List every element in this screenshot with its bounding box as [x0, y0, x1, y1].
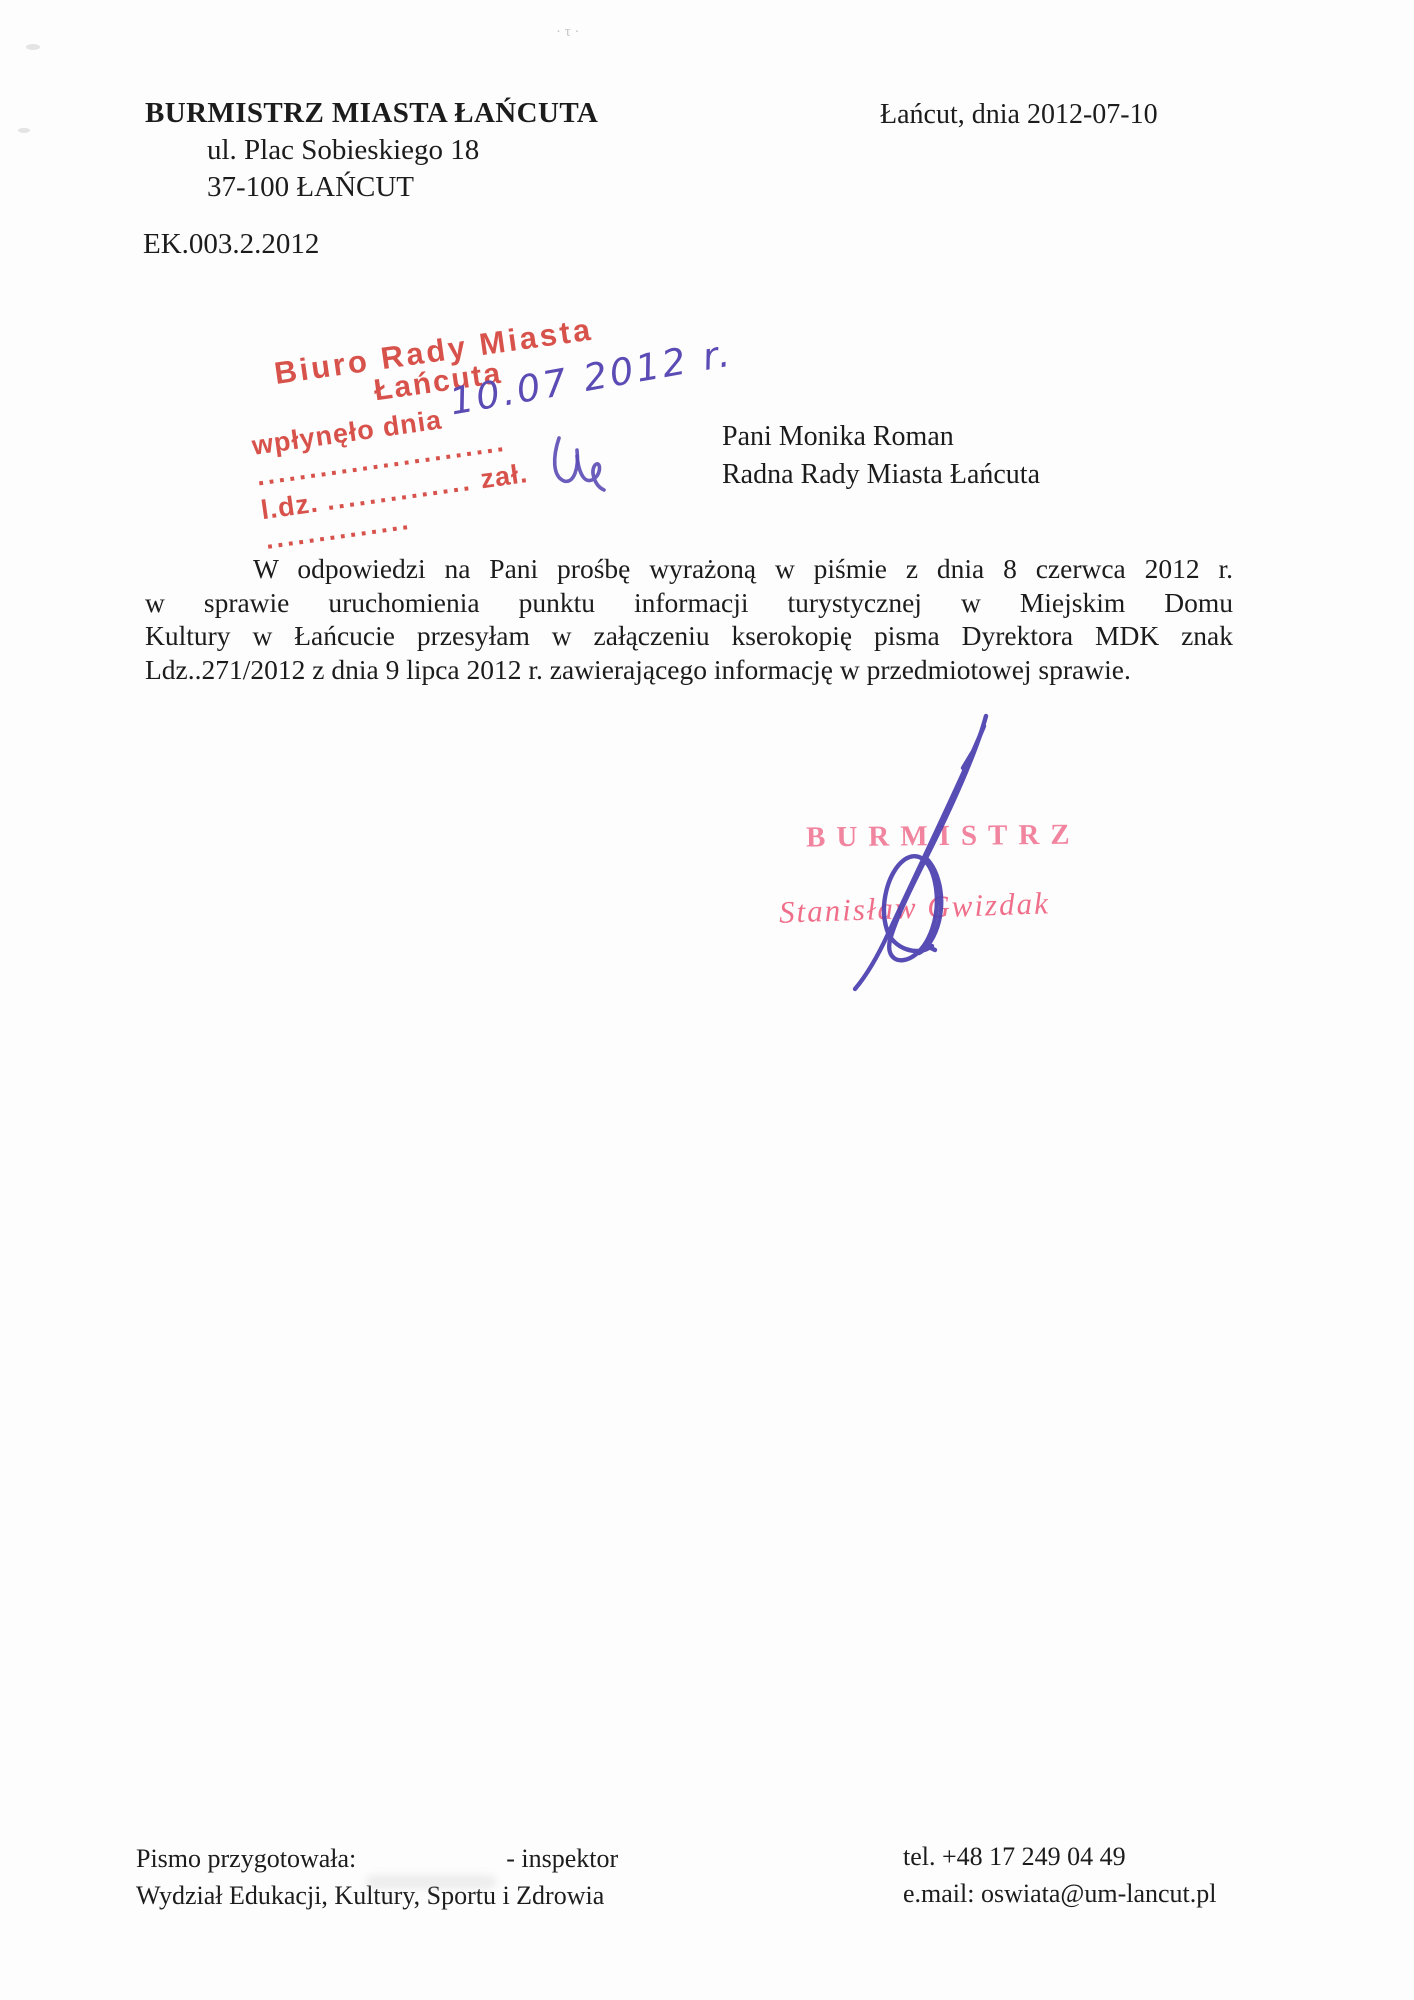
sender-street: ul. Plac Sobieskiego 18: [207, 132, 598, 169]
redacted-name: [366, 1875, 496, 1889]
body-line-1: W odpowiedzi na Pani prośbę wyrażoną w p…: [145, 552, 1233, 586]
footer-contact-block: tel. +48 17 249 04 49 e.mail: oswiata@um…: [903, 1838, 1216, 1912]
sender-block: BURMISTRZ MIASTA ŁAŃCUTA ul. Plac Sobies…: [145, 95, 598, 206]
scan-smudge-left2: [18, 128, 30, 133]
initial-squiggle-icon: [545, 432, 623, 500]
footer-prepared-line: Pismo przygotowała:- inspektor: [136, 1840, 618, 1877]
footer-prepared-block: Pismo przygotowała:- inspektor Wydział E…: [136, 1840, 618, 1914]
scan-smudge-top: · τ ·: [556, 24, 580, 41]
ink-signature: [826, 708, 1018, 998]
recipient-block: Pani Monika Roman Radna Rady Miasta Łańc…: [722, 418, 1040, 494]
zal-label: zał.: [478, 458, 529, 494]
footer-email: e.mail: oswiata@um-lancut.pl: [903, 1875, 1216, 1912]
scanned-letter-page: · τ · BURMISTRZ MIASTA ŁAŃCUTA ul. Plac …: [0, 0, 1414, 2000]
letter-body: W odpowiedzi na Pani prośbę wyrażoną w p…: [145, 552, 1233, 686]
body-line-2: w sprawie uruchomienia punktu informacji…: [145, 586, 1233, 620]
body-line-4: Ldz..271/2012 z dnia 9 lipca 2012 r. zaw…: [145, 653, 1233, 687]
prepared-suffix: - inspektor: [506, 1844, 618, 1873]
recipient-name: Pani Monika Roman: [722, 418, 1040, 456]
signature-flourish-icon: [826, 708, 1018, 993]
body-line-3: Kultury w Łańcucie przesyłam w załączeni…: [145, 619, 1233, 653]
prepared-label: Pismo przygotowała:: [136, 1844, 356, 1873]
place-and-date: Łańcut, dnia 2012-07-10: [880, 99, 1158, 131]
handwritten-initial-signature: [545, 432, 623, 505]
footer-phone: tel. +48 17 249 04 49: [903, 1838, 1216, 1875]
sender-name: BURMISTRZ MIASTA ŁAŃCUTA: [145, 95, 598, 132]
reference-number: EK.003.2.2012: [143, 228, 319, 261]
recipient-title: Radna Rady Miasta Łańcuta: [722, 456, 1040, 494]
sender-city: 37-100 ŁAŃCUT: [207, 169, 598, 206]
scan-smudge-left1: [26, 44, 40, 50]
